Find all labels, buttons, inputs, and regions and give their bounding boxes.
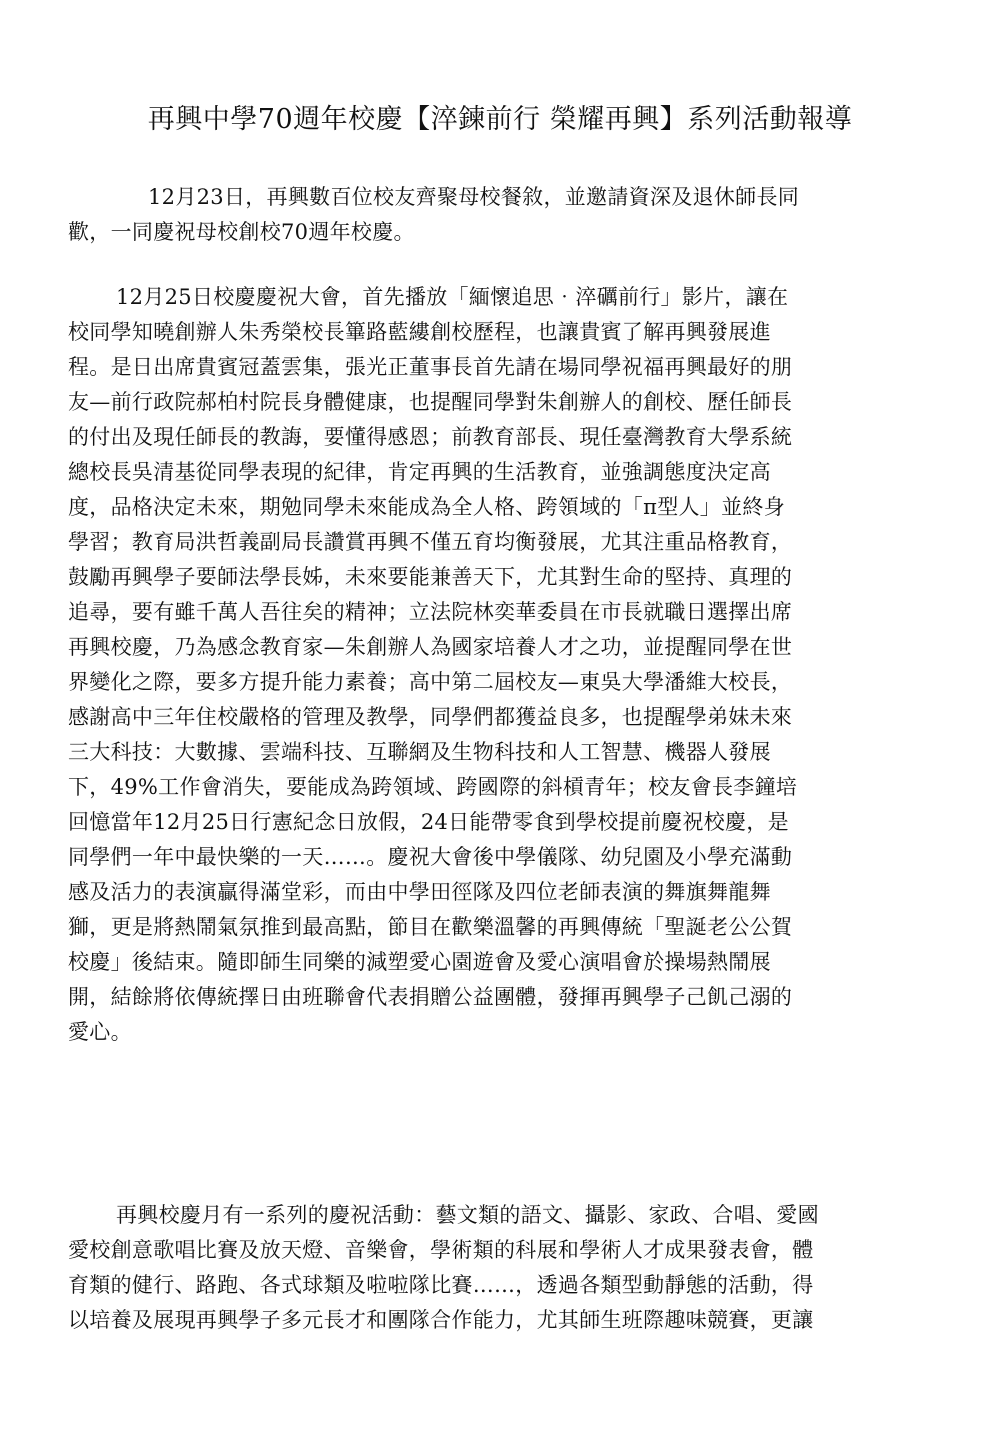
paragraph-line: 下，49%工作會消失，要能成為跨領域、跨國際的斜槓青年；校友會長李鐘培 xyxy=(68,770,928,805)
paragraph-line: 開，結餘將依傳統擇日由班聯會代表捐贈公益團體，發揮再興學子己飢己溺的 xyxy=(68,980,928,1015)
paragraph-line: 同學們一年中最快樂的一天……。慶祝大會後中學儀隊、幼兒園及小學充滿動 xyxy=(68,840,928,875)
paragraph-line: 育類的健行、路跑、各式球類及啦啦隊比賽……，透過各類型動靜態的活動，得 xyxy=(68,1268,928,1303)
paragraph-line: 三大科技：大數據、雲端科技、互聯網及生物科技和人工智慧、機器人發展 xyxy=(68,735,928,770)
paragraph-line: 再興校慶月有一系列的慶祝活動：藝文類的語文、攝影、家政、合唱、愛國 xyxy=(68,1198,928,1233)
paragraph-line: 12月25日校慶慶祝大會，首先播放「緬懷追思‧淬礪前行」影片，讓在 xyxy=(68,280,928,315)
paragraph-line: 校同學知曉創辦人朱秀榮校長篳路藍縷創校歷程，也讓貴賓了解再興發展進 xyxy=(68,315,928,350)
paragraph-line: 獅，更是將熱鬧氣氛推到最高點，節目在歡樂溫馨的再興傳統「聖誕老公公賀 xyxy=(68,910,928,945)
paragraph-line: 再興校慶，乃為感念教育家—朱創辦人為國家培養人才之功，並提醒同學在世 xyxy=(68,630,928,665)
paragraph-line: 12月23日，再興數百位校友齊聚母校餐敘，並邀請資深及退休師長同 xyxy=(68,180,928,215)
paragraph-line: 友—前行政院郝柏村院長身體健康，也提醒同學對朱創辦人的創校、歷任師長 xyxy=(68,385,928,420)
paragraph-line: 愛心。 xyxy=(68,1015,928,1050)
paragraph-line: 界變化之際，要多方提升能力素養；高中第二屆校友—東吳大學潘維大校長， xyxy=(68,665,928,700)
paragraph-line: 愛校創意歌唱比賽及放天燈、音樂會，學術類的科展和學術人才成果發表會，體 xyxy=(68,1233,928,1268)
paragraph-line: 程。是日出席貴賓冠蓋雲集，張光正董事長首先請在場同學祝福再興最好的朋 xyxy=(68,350,928,385)
document-page: 再興中學70週年校慶【淬鍊前行 榮耀再興】系列活動報導 12月23日，再興數百位… xyxy=(0,0,1000,1436)
document-title: 再興中學70週年校慶【淬鍊前行 榮耀再興】系列活動報導 xyxy=(0,100,1000,140)
paragraph-line: 感及活力的表演贏得滿堂彩，而由中學田徑隊及四位老師表演的舞旗舞龍舞 xyxy=(68,875,928,910)
paragraph-alumni-gathering: 12月23日，再興數百位校友齊聚母校餐敘，並邀請資深及退休師長同 歡，一同慶祝母… xyxy=(68,180,928,250)
paragraph-line: 以培養及展現再興學子多元長才和團隊合作能力，尤其師生班際趣味競賽，更讓 xyxy=(68,1303,928,1338)
paragraph-line: 回憶當年12月25日行憲紀念日放假，24日能帶零食到學校提前慶祝校慶，是 xyxy=(68,805,928,840)
paragraph-line: 歡，一同慶祝母校創校70週年校慶。 xyxy=(68,215,928,250)
paragraph-anniversary-ceremony: 12月25日校慶慶祝大會，首先播放「緬懷追思‧淬礪前行」影片，讓在 校同學知曉創… xyxy=(68,280,928,1050)
paragraph-line: 校慶」後結束。隨即師生同樂的減塑愛心園遊會及愛心演唱會於操場熱鬧展 xyxy=(68,945,928,980)
paragraph-line: 度，品格決定未來，期勉同學未來能成為全人格、跨領域的「π型人」並終身 xyxy=(68,490,928,525)
paragraph-line: 總校長吳清基從同學表現的紀律，肯定再興的生活教育，並強調態度決定高 xyxy=(68,455,928,490)
paragraph-line: 感謝高中三年住校嚴格的管理及教學，同學們都獲益良多，也提醒學弟妹未來 xyxy=(68,700,928,735)
paragraph-line: 學習；教育局洪哲義副局長讚賞再興不僅五育均衡發展，尤其注重品格教育， xyxy=(68,525,928,560)
paragraph-celebration-activities: 再興校慶月有一系列的慶祝活動：藝文類的語文、攝影、家政、合唱、愛國 愛校創意歌唱… xyxy=(68,1198,928,1338)
paragraph-line: 鼓勵再興學子要師法學長姊，未來要能兼善天下，尤其對生命的堅持、真理的 xyxy=(68,560,928,595)
paragraph-line: 的付出及現任師長的教誨，要懂得感恩；前教育部長、現任臺灣教育大學系統 xyxy=(68,420,928,455)
paragraph-line: 追尋，要有雖千萬人吾往矣的精神；立法院林奕華委員在市長就職日選擇出席 xyxy=(68,595,928,630)
